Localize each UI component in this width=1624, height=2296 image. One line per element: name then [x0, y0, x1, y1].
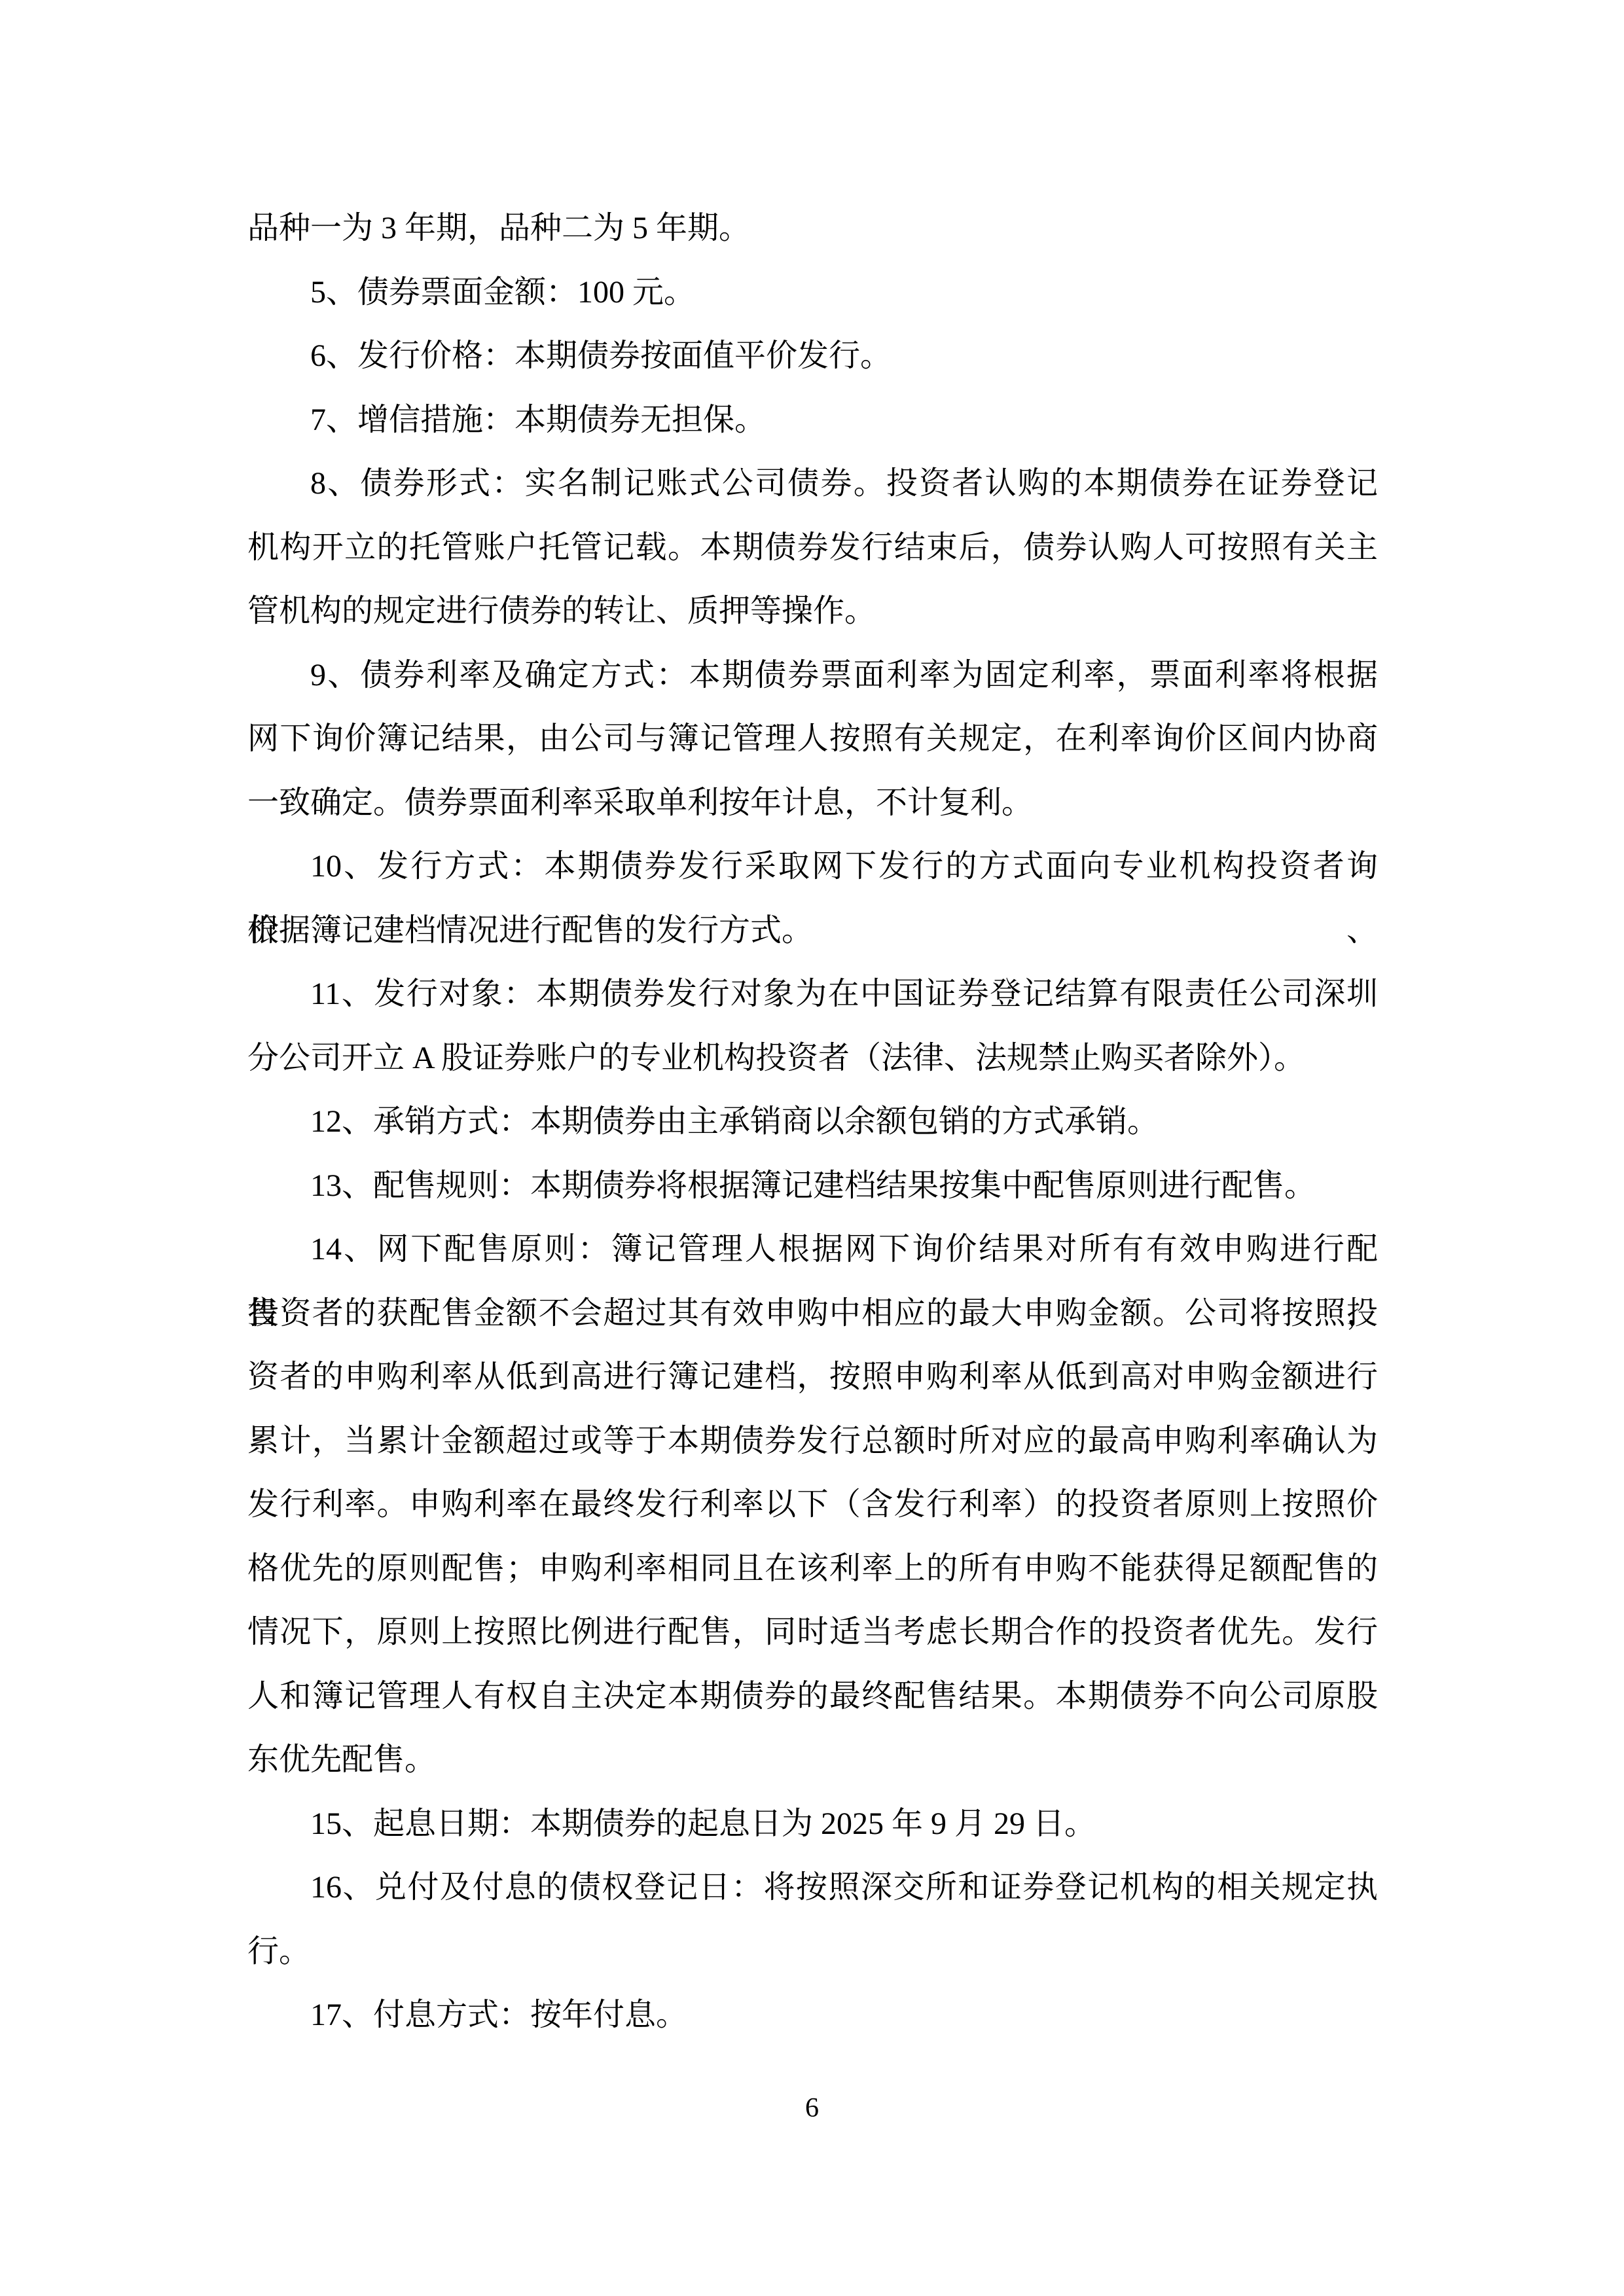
text-line: 品种一为 3 年期，品种二为 5 年期。 [247, 196, 1378, 260]
document-page: 品种一为 3 年期，品种二为 5 年期。5、债券票面金额：100 元。6、发行价… [0, 0, 1624, 2296]
paragraph: 11、发行对象：本期债券发行对象为在中国证券登记结算有限责任公司深圳分公司开立 … [247, 962, 1378, 1090]
text-line: 14、网下配售原则：簿记管理人根据网下询价结果对所有有效申购进行配售， [247, 1217, 1378, 1282]
text-line: 机构开立的托管账户托管记载。本期债券发行结束后，债券认购人可按照有关主 [247, 516, 1378, 580]
text-line: 7、增信措施：本期债券无担保。 [247, 388, 1378, 452]
text-line: 管机构的规定进行债券的转让、质押等操作。 [247, 579, 1378, 643]
text-line: 分公司开立 A 股证券账户的专业机构投资者（法律、法规禁止购买者除外）。 [247, 1026, 1378, 1090]
text-line: 13、配售规则：本期债券将根据簿记建档结果按集中配售原则进行配售。 [247, 1154, 1378, 1218]
paragraph: 17、付息方式：按年付息。 [247, 1983, 1378, 2047]
paragraph: 品种一为 3 年期，品种二为 5 年期。 [247, 196, 1378, 260]
text-line: 人和簿记管理人有权自主决定本期债券的最终配售结果。本期债券不向公司原股 [247, 1664, 1378, 1729]
text-line: 行。 [247, 1920, 1378, 1984]
text-line: 5、债券票面金额：100 元。 [247, 260, 1378, 325]
paragraph: 10、发行方式：本期债券发行采取网下发行的方式面向专业机构投资者询价、根据簿记建… [247, 834, 1378, 962]
text-line: 投资者的获配售金额不会超过其有效申购中相应的最大申购金额。公司将按照投 [247, 1282, 1378, 1346]
paragraph: 15、起息日期：本期债券的起息日为 2025 年 9 月 29 日。 [247, 1792, 1378, 1856]
text-line: 情况下，原则上按照比例进行配售，同时适当考虑长期合作的投资者优先。发行 [247, 1600, 1378, 1664]
paragraph: 7、增信措施：本期债券无担保。 [247, 388, 1378, 452]
text-line: 16、兑付及付息的债权登记日：将按照深交所和证券登记机构的相关规定执 [247, 1856, 1378, 1920]
text-line: 东优先配售。 [247, 1728, 1378, 1792]
paragraph: 12、承销方式：本期债券由主承销商以余额包销的方式承销。 [247, 1090, 1378, 1154]
text-line: 一致确定。债券票面利率采取单利按年计息，不计复利。 [247, 771, 1378, 835]
text-line: 资者的申购利率从低到高进行簿记建档，按照申购利率从低到高对申购金额进行 [247, 1345, 1378, 1409]
paragraph: 5、债券票面金额：100 元。 [247, 260, 1378, 325]
text-line: 10、发行方式：本期债券发行采取网下发行的方式面向专业机构投资者询价、 [247, 834, 1378, 899]
document-body: 品种一为 3 年期，品种二为 5 年期。5、债券票面金额：100 元。6、发行价… [247, 196, 1378, 2047]
text-line: 发行利率。申购利率在最终发行利率以下（含发行利率）的投资者原则上按照价 [247, 1473, 1378, 1537]
paragraph: 14、网下配售原则：簿记管理人根据网下询价结果对所有有效申购进行配售，投资者的获… [247, 1217, 1378, 1792]
paragraph: 16、兑付及付息的债权登记日：将按照深交所和证券登记机构的相关规定执行。 [247, 1856, 1378, 1983]
text-line: 网下询价簿记结果，由公司与簿记管理人按照有关规定，在利率询价区间内协商 [247, 707, 1378, 771]
text-line: 15、起息日期：本期债券的起息日为 2025 年 9 月 29 日。 [247, 1792, 1378, 1856]
paragraph: 13、配售规则：本期债券将根据簿记建档结果按集中配售原则进行配售。 [247, 1154, 1378, 1218]
paragraph: 6、发行价格：本期债券按面值平价发行。 [247, 324, 1378, 388]
text-line: 9、债券利率及确定方式：本期债券票面利率为固定利率，票面利率将根据 [247, 643, 1378, 708]
text-line: 格优先的原则配售；申购利率相同且在该利率上的所有申购不能获得足额配售的 [247, 1537, 1378, 1601]
text-line: 6、发行价格：本期债券按面值平价发行。 [247, 324, 1378, 388]
paragraph: 8、债券形式：实名制记账式公司债券。投资者认购的本期债券在证券登记机构开立的托管… [247, 452, 1378, 643]
text-line: 12、承销方式：本期债券由主承销商以余额包销的方式承销。 [247, 1090, 1378, 1154]
paragraph: 9、债券利率及确定方式：本期债券票面利率为固定利率，票面利率将根据网下询价簿记结… [247, 643, 1378, 835]
text-line: 11、发行对象：本期债券发行对象为在中国证券登记结算有限责任公司深圳 [247, 962, 1378, 1026]
text-line: 累计，当累计金额超过或等于本期债券发行总额时所对应的最高申购利率确认为 [247, 1409, 1378, 1473]
text-line: 17、付息方式：按年付息。 [247, 1983, 1378, 2047]
page-number: 6 [0, 2094, 1624, 2122]
text-line: 8、债券形式：实名制记账式公司债券。投资者认购的本期债券在证券登记 [247, 452, 1378, 516]
